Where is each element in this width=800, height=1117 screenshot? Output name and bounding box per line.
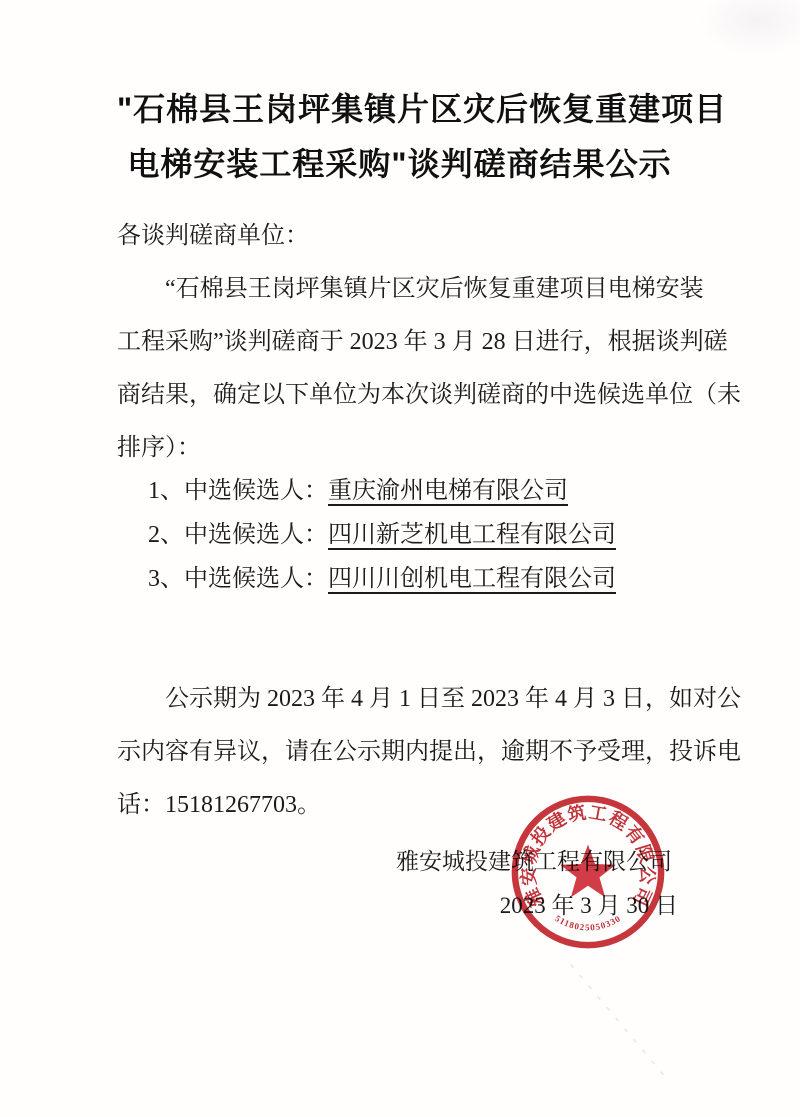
candidate-item: 3、中选候选人：四川川创机电工程有限公司 <box>148 557 682 601</box>
scan-crease <box>570 964 668 1080</box>
candidate-label: 中选候选人： <box>184 566 328 592</box>
candidate-list: 1、中选候选人：重庆渝州电梯有限公司 2、中选候选人：四川新芝机电工程有限公司 … <box>117 469 682 601</box>
candidate-company-name: 重庆渝州电梯有限公司 <box>328 478 568 504</box>
candidate-label: 中选候选人： <box>184 478 328 504</box>
candidate-index: 2、 <box>148 522 184 548</box>
scan-smudge <box>698 0 800 56</box>
salutation: 各谈判磋商单位： <box>117 210 682 263</box>
paragraph-line: “石棉县王岗坪集镇片区灾后恢复重建项目电梯安装 <box>117 263 682 316</box>
paragraph-line: 商结果，确定以下单位为本次谈判磋商的中选候选单位（未 <box>117 369 682 422</box>
candidate-index: 3、 <box>148 566 184 592</box>
paragraph-publicity-period: 公示期为 2023 年 4 月 1 日至 2023 年 4 月 3 日，如对公 … <box>117 673 682 832</box>
title-line-2: 电梯安装工程采购"谈判磋商结果公示 <box>117 137 682 192</box>
paragraph-line: 话：15181267703。 <box>117 779 682 832</box>
paragraph-line: 工程采购”谈判磋商于 2023 年 3 月 28 日进行，根据谈判磋 <box>117 316 682 369</box>
signature-block: 雅安城投建筑工程有限公司 2023 年 3 月 30 日 <box>117 840 682 928</box>
scanned-document-page: "石棉县王岗坪集镇片区灾后恢复重建项目 电梯安装工程采购"谈判磋商结果公示 各谈… <box>0 0 800 1117</box>
paragraph-line: 公示期为 2023 年 4 月 1 日至 2023 年 4 月 3 日，如对公 <box>117 673 682 726</box>
paragraph-negotiation: “石棉县王岗坪集镇片区灾后恢复重建项目电梯安装 工程采购”谈判磋商于 2023 … <box>117 263 682 475</box>
paragraph-line: 排序）： <box>117 422 682 475</box>
candidate-index: 1、 <box>148 478 184 504</box>
page-title: "石棉县王岗坪集镇片区灾后恢复重建项目 电梯安装工程采购"谈判磋商结果公示 <box>117 82 682 192</box>
candidate-company-name: 四川新芝机电工程有限公司 <box>328 522 616 548</box>
paragraph-line: 示内容有异议，请在公示期内提出，逾期不予受理，投诉电 <box>117 726 682 779</box>
signature-date: 2023 年 3 月 30 日 <box>117 884 682 928</box>
candidate-item: 2、中选候选人：四川新芝机电工程有限公司 <box>148 513 682 557</box>
document-content: "石棉县王岗坪集镇片区灾后恢复重建项目 电梯安装工程采购"谈判磋商结果公示 各谈… <box>0 0 800 928</box>
candidate-label: 中选候选人： <box>184 522 328 548</box>
title-line-1: "石棉县王岗坪集镇片区灾后恢复重建项目 <box>117 82 682 137</box>
signature-company: 雅安城投建筑工程有限公司 <box>117 840 682 884</box>
candidate-item: 1、中选候选人：重庆渝州电梯有限公司 <box>148 469 682 513</box>
candidate-company-name: 四川川创机电工程有限公司 <box>328 566 616 592</box>
